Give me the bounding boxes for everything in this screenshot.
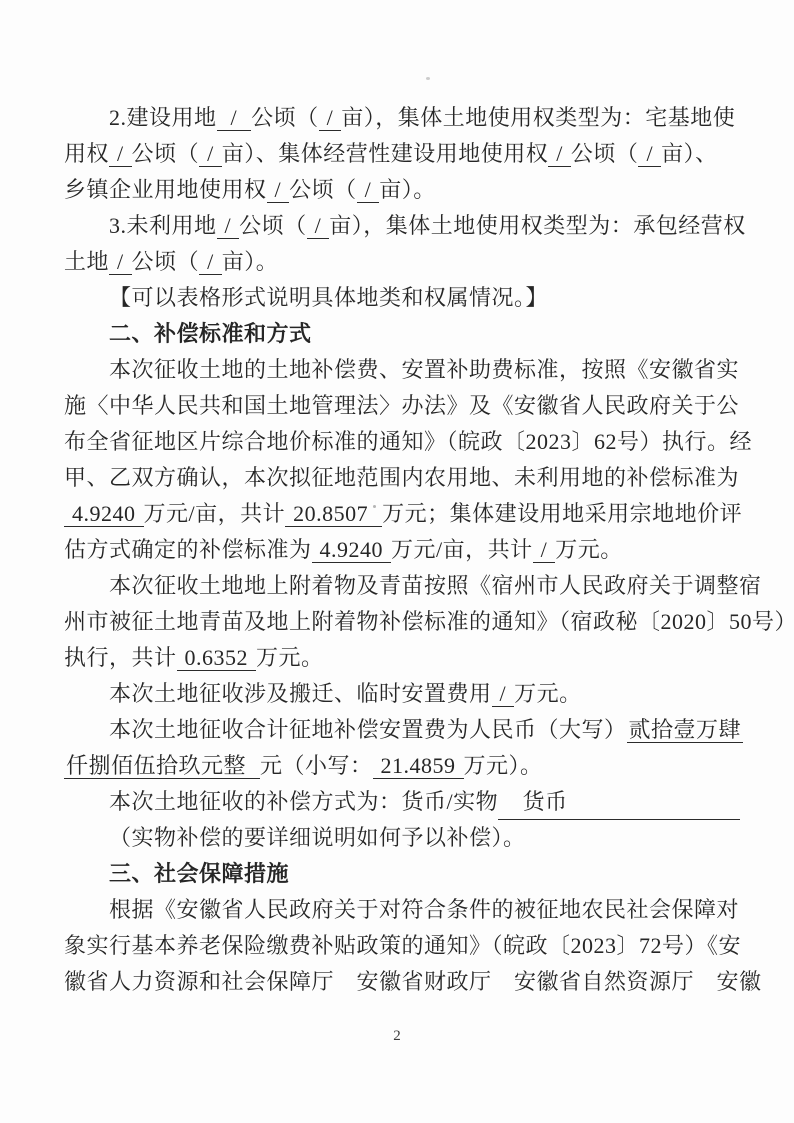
text-segment: 本次征收土地的土地补偿费、安置补助费标准，按照《安徽省实: [109, 357, 739, 382]
text-segment: 万元/亩，共计: [391, 537, 533, 562]
text-line: 徽省人力资源和社会保障厅 安徽省财政厅 安徽省自然资源厅 安徽: [64, 964, 740, 1000]
text-line: 【可以表格形式说明具体地类和权属情况。】: [64, 280, 740, 316]
filled-blank-value: /: [307, 213, 330, 239]
filled-blank-value: 21.4859: [373, 753, 464, 779]
text-line: 本次土地征收合计征地补偿安置费为人民币（大写）贰拾壹万肆: [64, 712, 740, 748]
text-segment: 亩），集体土地使用权类型为：承包经营权: [329, 213, 746, 238]
text-segment: 万元。: [555, 537, 623, 562]
text-segment: 2.建设用地: [109, 105, 217, 130]
text-segment: 万元；集体建设用地采用宗地地价评: [382, 501, 742, 526]
filled-blank-value: /: [638, 141, 661, 167]
text-segment: （实物补偿的要详细说明如何予以补偿）。: [109, 825, 526, 850]
text-segment: 本次土地征收合计征地补偿安置费为人民币（大写）: [109, 717, 627, 742]
filled-blank-value: /: [109, 141, 132, 167]
text-segment: 【可以表格形式说明具体地类和权属情况。】: [109, 285, 548, 310]
filled-blank-value: /: [199, 249, 222, 275]
text-segment: 土地: [64, 249, 109, 274]
text-segment: 二、补偿标准和方式: [109, 321, 312, 346]
text-line: 土地 / 公顷（ / 亩）。: [64, 244, 740, 280]
text-segment: 亩）、集体经营性建设用地使用权: [222, 141, 549, 166]
text-segment: 本次土地征收的补偿方式为：货币/实物: [109, 789, 498, 814]
text-segment: 象实行基本养老保险缴费补贴政策的通知》（皖政〔2023〕72号）《安: [64, 933, 741, 958]
filled-blank-value: 货币: [498, 785, 740, 820]
text-line: 2.建设用地 / 公顷（ / 亩），集体土地使用权类型为：宅基地使: [64, 100, 740, 136]
text-segment: 本次征收土地地上附着物及青苗按照《宿州市人民政府关于调整宿: [109, 573, 762, 598]
text-segment: 元（小写：: [260, 753, 373, 778]
text-line: 本次征收土地地上附着物及青苗按照《宿州市人民政府关于调整宿: [64, 568, 740, 604]
filled-blank-value: 4.9240: [64, 501, 144, 527]
text-line: （实物补偿的要详细说明如何予以补偿）。: [64, 820, 740, 856]
text-line: 本次土地征收涉及搬迁、临时安置费用 / 万元。: [64, 676, 740, 712]
section-heading: 三、社会保障措施: [64, 856, 740, 892]
text-segment: 公顷（: [289, 177, 357, 202]
filled-blank-value: 20.8507: [285, 501, 382, 527]
text-segment: 用权: [64, 141, 109, 166]
text-segment: 公顷（: [239, 213, 307, 238]
text-line: 州市被征土地青苗及地上附着物补偿标准的通知》（宿政秘〔2020〕50号）: [64, 604, 740, 640]
text-segment: 执行，共计: [64, 645, 177, 670]
text-segment: 亩）、: [661, 141, 718, 166]
filled-blank-value: /: [109, 249, 132, 275]
text-line: 执行，共计 0.6352 万元。: [64, 640, 740, 676]
filled-blank-value: 贰拾壹万肆: [627, 717, 744, 743]
filled-blank-value: /: [548, 141, 571, 167]
filled-blank-value: /: [533, 537, 556, 563]
text-segment: 三、社会保障措施: [109, 861, 289, 886]
text-segment: 施〈中华人民共和国土地管理法〉办法》及《安徽省人民政府关于公: [64, 393, 739, 418]
filled-blank-value: /: [217, 105, 252, 131]
text-line: 仟捌佰伍拾玖元整 元（小写： 21.4859 万元）。: [64, 748, 740, 784]
text-segment: 3.未利用地: [109, 213, 217, 238]
text-segment: 万元。: [256, 645, 324, 670]
document-body: 2.建设用地 / 公顷（ / 亩），集体土地使用权类型为：宅基地使用权 / 公顷…: [64, 100, 740, 1000]
text-segment: 亩）。: [379, 177, 436, 202]
section-heading: 二、补偿标准和方式: [64, 316, 740, 352]
document-page: 2.建设用地 / 公顷（ / 亩），集体土地使用权类型为：宅基地使用权 / 公顷…: [0, 0, 794, 1123]
text-line: 本次征收土地的土地补偿费、安置补助费标准，按照《安徽省实: [64, 352, 740, 388]
page-number: 2: [0, 1028, 794, 1045]
text-segment: 亩）。: [222, 249, 279, 274]
text-line: 布全省征地区片综合地价标准的通知》（皖政〔2023〕62号）执行。经: [64, 424, 740, 460]
filled-blank-value: /: [357, 177, 380, 203]
text-line: 象实行基本养老保险缴费补贴政策的通知》（皖政〔2023〕72号）《安: [64, 928, 740, 964]
text-segment: 估方式确定的补偿标准为: [64, 537, 312, 562]
filled-blank-value: /: [217, 213, 240, 239]
filled-blank-value: /: [199, 141, 222, 167]
text-segment: 公顷（: [571, 141, 639, 166]
text-line: 4.9240 万元/亩，共计 20.8507 万元；集体建设用地采用宗地地价评: [64, 496, 740, 532]
text-segment: 徽省人力资源和社会保障厅 安徽省财政厅 安徽省自然资源厅 安徽: [64, 969, 762, 994]
filled-blank-value: 0.6352: [177, 645, 257, 671]
filled-blank-value: /: [267, 177, 290, 203]
text-segment: 万元/亩，共计: [144, 501, 286, 526]
text-line: 用权 / 公顷（ / 亩）、集体经营性建设用地使用权 / 公顷（ / 亩）、: [64, 136, 740, 172]
text-segment: 根据《安徽省人民政府关于对符合条件的被征地农民社会保障对: [109, 897, 739, 922]
text-line: 甲、乙双方确认，本次拟征地范围内农用地、未利用地的补偿标准为: [64, 460, 740, 496]
filled-blank-value: 仟捌佰伍拾玖元整: [64, 753, 260, 779]
text-segment: 布全省征地区片综合地价标准的通知》（皖政〔2023〕62号）执行。经: [64, 429, 752, 454]
text-line: 乡镇企业用地使用权 / 公顷（ / 亩）。: [64, 172, 740, 208]
filled-blank-value: /: [319, 105, 342, 131]
filled-blank-value: 4.9240: [312, 537, 392, 563]
text-line: 3.未利用地 / 公顷（ / 亩），集体土地使用权类型为：承包经营权: [64, 208, 740, 244]
text-segment: 万元。: [514, 681, 582, 706]
text-line: 估方式确定的补偿标准为 4.9240 万元/亩，共计 / 万元。: [64, 532, 740, 568]
text-segment: 亩），集体土地使用权类型为：宅基地使: [341, 105, 735, 130]
text-segment: 公顷（: [251, 105, 319, 130]
scan-artifact: [426, 77, 430, 80]
text-segment: 甲、乙双方确认，本次拟征地范围内农用地、未利用地的补偿标准为: [64, 465, 739, 490]
text-segment: 州市被征土地青苗及地上附着物补偿标准的通知》（宿政秘〔2020〕50号）: [64, 609, 794, 634]
text-segment: 乡镇企业用地使用权: [64, 177, 267, 202]
text-segment: 公顷（: [132, 249, 200, 274]
text-segment: 公顷（: [132, 141, 200, 166]
filled-blank-value: /: [492, 681, 515, 707]
text-line: 根据《安徽省人民政府关于对符合条件的被征地农民社会保障对: [64, 892, 740, 928]
text-segment: 本次土地征收涉及搬迁、临时安置费用: [109, 681, 492, 706]
text-line: 施〈中华人民共和国土地管理法〉办法》及《安徽省人民政府关于公: [64, 388, 740, 424]
text-segment: 万元）。: [464, 753, 543, 778]
text-line: 本次土地征收的补偿方式为：货币/实物 货币: [64, 784, 740, 820]
